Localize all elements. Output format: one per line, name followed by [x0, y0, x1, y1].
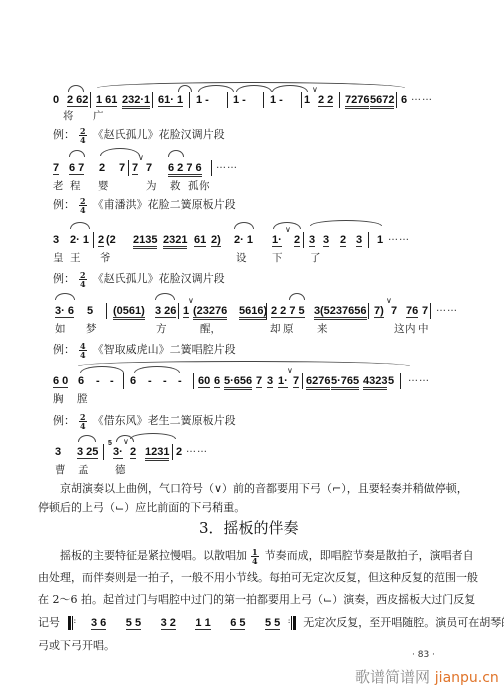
barline: [123, 373, 124, 389]
barline: [178, 303, 179, 319]
time-signature: 44: [79, 342, 87, 359]
breath-mark-icon: ∨: [138, 153, 144, 162]
example-label: 例：: [53, 272, 75, 285]
note: 3: [53, 234, 59, 246]
repeat-note: 5 5: [265, 617, 280, 630]
note: 6 2 7 6: [168, 162, 202, 177]
note: 1·: [278, 375, 288, 388]
note: 7: [391, 305, 397, 317]
example-name: 《智取威虎山》二簧唱腔片段: [93, 343, 236, 356]
example-name: 《借东风》老生二簧原板片段: [93, 414, 236, 427]
note: (0561): [113, 305, 145, 320]
note: 1 -: [270, 94, 283, 106]
repeat-end-icon: :: [288, 616, 296, 630]
note: 1 -: [196, 94, 209, 106]
note: 7: [119, 162, 125, 174]
time-signature: 24: [79, 127, 87, 144]
breath-mark-icon: ∨: [285, 225, 291, 234]
example-label: 例：: [53, 343, 75, 356]
lyric: 老: [53, 178, 64, 193]
lyric: 这: [394, 321, 405, 336]
note: 2: [98, 234, 104, 247]
note: 5616): [239, 305, 267, 320]
example-title: 例：24《赵氏孤儿》花脸汉调片段: [53, 270, 225, 288]
note: 3· 6: [55, 305, 74, 318]
note: 1: [183, 305, 189, 318]
barline: [172, 444, 173, 460]
barline: [339, 92, 340, 108]
lyric: 孟: [78, 462, 89, 477]
barline: [90, 92, 91, 108]
lyric: 如: [55, 321, 66, 336]
barline: [430, 303, 431, 319]
note: 2 62: [67, 94, 88, 107]
note: 6: [401, 94, 407, 106]
lyric: 救: [170, 178, 181, 193]
note: 2 2: [318, 94, 333, 107]
lyric: 胸: [53, 391, 64, 406]
barline: [263, 92, 264, 108]
continuation-dots: ……: [388, 232, 410, 243]
time-signature: 24: [79, 197, 87, 214]
watermark-en: jianpu.cn: [435, 670, 499, 686]
note: 232·1: [122, 94, 150, 109]
note: 3: [267, 375, 273, 388]
note: -: [96, 375, 100, 387]
continuation-dots: ……: [408, 373, 430, 384]
slur: [80, 366, 124, 373]
slur: [68, 85, 84, 92]
example-label: 例：: [53, 128, 75, 141]
note: 1: [304, 94, 310, 106]
note: 76: [406, 305, 418, 318]
breath-mark-icon: ∨: [386, 296, 392, 305]
slur: [236, 85, 272, 92]
slur: [70, 222, 90, 229]
example-label: 例：: [53, 414, 75, 427]
lyric: 为: [146, 178, 157, 193]
note: 5672: [370, 94, 394, 109]
note: 0: [53, 94, 59, 106]
note: 5: [87, 305, 93, 317]
time-signature: 24: [79, 271, 87, 288]
barline: [400, 373, 401, 389]
paragraph-line: 由处理，而伴奏则是一拍子，一般不用小节线。每拍可无定次反复，但这种反复的范围一般: [38, 567, 488, 589]
slur: [155, 293, 175, 300]
lyric: 原: [283, 321, 294, 336]
note: (5237656: [320, 305, 367, 320]
slur: [134, 366, 180, 373]
paragraph-line: 停顿后的上弓（⌙）应比前面的下弓稍重。: [38, 498, 488, 517]
barline: [368, 303, 369, 319]
repeat-note: 1 1: [195, 617, 210, 630]
example-title: 例：24《甫潘洪》花脸二簧原板片段: [53, 196, 236, 214]
example-title: 例：24《赵氏孤儿》花脸汉调片段: [53, 126, 225, 144]
barline: [106, 303, 107, 319]
lyric: 你: [199, 178, 210, 193]
note: 61: [194, 234, 206, 247]
note: -: [163, 375, 167, 387]
paragraph-breath-explanation: 京胡演奏以上曲例，气口符号（∨）前的音都要用下弓（⌐），且要轻奏并稍做停顿， 停…: [38, 479, 488, 517]
note: 7: [256, 375, 262, 388]
lyric: 梦: [86, 321, 97, 336]
continuation-dots: ……: [216, 160, 238, 171]
note: (2: [106, 234, 116, 246]
watermark-cn: 歌谱简谱网: [355, 668, 430, 686]
note: 6: [78, 375, 84, 387]
grace-note: 5: [108, 438, 112, 450]
lyric: 王: [70, 250, 81, 265]
note: -: [148, 375, 152, 387]
barline: [303, 232, 304, 248]
lyric: 将: [63, 108, 74, 123]
note: 2· 1: [234, 234, 253, 246]
note: 3·: [113, 446, 123, 459]
continuation-dots: ……: [436, 303, 458, 314]
note: 2135: [133, 234, 157, 249]
barline: [396, 92, 397, 108]
note: (23276: [193, 305, 227, 320]
slur: [198, 85, 234, 92]
slur: [289, 293, 305, 300]
repeat-note: 3 6: [91, 617, 106, 630]
note: 7276: [345, 94, 369, 109]
slur: [310, 220, 382, 226]
breath-mark-icon: ∨: [312, 85, 318, 94]
repeat-note: 5 5: [126, 617, 141, 630]
note: -: [178, 375, 182, 387]
breath-mark-icon: ∨: [188, 296, 194, 305]
note: 2: [176, 446, 182, 458]
note: 6: [130, 375, 136, 387]
note: 2· 1: [70, 234, 89, 246]
slur: [78, 435, 96, 442]
slur: [272, 85, 308, 92]
note: 5·765: [331, 375, 359, 390]
repeat-start-icon: :: [68, 616, 76, 630]
note: 2 2 7 5: [271, 305, 305, 318]
lyric: 广: [93, 108, 104, 123]
lyric: 下: [272, 250, 283, 265]
barline: [128, 160, 129, 176]
note: 6276: [306, 375, 330, 390]
page-number: · 83 ·: [412, 650, 435, 660]
slur: [130, 433, 176, 439]
lyric: 曹: [55, 462, 66, 477]
repeat-note: 3 2: [161, 617, 176, 630]
slur: [168, 150, 184, 157]
slur: [100, 148, 140, 156]
note: 2: [294, 234, 300, 247]
lyric: 内: [405, 321, 416, 336]
note: 3: [323, 234, 329, 247]
barline: [189, 92, 190, 108]
breath-mark-icon: ∨: [287, 366, 293, 375]
time-signature: 14: [251, 548, 259, 565]
barline: [103, 444, 104, 460]
note: 3: [55, 446, 61, 458]
note: 6 0: [53, 375, 68, 388]
note: 1 -: [233, 94, 246, 106]
paragraph-line: 记号 : 3 6 5 5 3 2 1 1 6 5 5 5 : 无定次反复，至开唱…: [38, 611, 488, 635]
slur: [178, 85, 192, 92]
note: 61· 1: [158, 94, 183, 107]
barline: [368, 232, 369, 248]
score-example-1: 7 6 7 2 7 7 ∨ 7 6 2 7 6 …… 老 程 婴 为 救 孤 你: [0, 148, 504, 192]
note: 3 25: [77, 446, 98, 459]
note: 5: [388, 375, 394, 387]
lyric: 醒，: [200, 321, 221, 336]
barline: [152, 92, 153, 108]
note: 7: [422, 305, 428, 317]
lyric: 皇: [53, 250, 64, 265]
lyric: 婴: [98, 178, 109, 193]
note: 2321: [163, 234, 187, 249]
example-label: 例：: [53, 198, 75, 211]
section-heading: 3．摇板的伴奏: [199, 517, 299, 538]
score-example-5: 3 3 25 5 3· ∨ 2 1231 2 …… 曹 孟 德: [0, 432, 504, 476]
note: 2: [99, 162, 105, 174]
paragraph-line: 在 2～6 拍。起首过门与唱腔中过门的第一拍都要用上弓（⌙）演奏，西皮摇板大过门…: [38, 589, 488, 611]
breath-mark-icon: ∨: [123, 437, 129, 446]
score-example-4: 6 0 6 - - 6 - - - 60 6 5·656 7 3 1· ∨ 7 …: [0, 361, 504, 405]
score-example-2: 3 2· 1 2 (2 2135 2321 61 2) 2· 1 1· ∨ 2 …: [0, 220, 504, 264]
example-title: 例：44《智取威虎山》二簧唱腔片段: [53, 341, 236, 359]
note: 1 61: [96, 94, 117, 107]
barline: [193, 373, 194, 389]
paragraph-line: 摇板的主要特征是紧拉慢唱。以散唱加14节奏而成，即唱腔节奏是散拍子，演唱者自: [38, 545, 488, 567]
paragraph-section-body: 摇板的主要特征是紧拉慢唱。以散唱加14节奏而成，即唱腔节奏是散拍子，演唱者自 由…: [38, 545, 488, 657]
note: 5·656: [224, 375, 252, 390]
note: 1231: [145, 446, 169, 461]
note: 60: [198, 375, 210, 388]
time-signature: 24: [79, 413, 87, 430]
example-name: 《赵氏孤儿》花脸汉调片段: [93, 272, 225, 285]
note: 2: [130, 446, 136, 459]
slur: [78, 361, 410, 366]
lyric: 孤: [188, 178, 199, 193]
note: 7: [293, 375, 299, 388]
note: 3: [309, 234, 315, 247]
example-title: 例：24《借东风》老生二簧原板片段: [53, 412, 236, 430]
score-example-3: 3· 6 5 (0561) 3 26 1 ∨ (23276 5616) 2 2 …: [0, 291, 504, 335]
lyric: 程: [70, 178, 81, 193]
continuation-dots: ……: [186, 444, 208, 455]
note: -: [110, 375, 114, 387]
note: 2: [340, 234, 346, 247]
note: 3: [356, 234, 362, 247]
lyric: 中: [418, 321, 429, 336]
note: 1·: [272, 234, 282, 247]
lyric: 爷: [100, 250, 111, 265]
lyric: 来: [317, 321, 328, 336]
barline: [227, 92, 228, 108]
continuation-dots: ……: [411, 92, 433, 103]
note: 2): [211, 234, 221, 247]
note: 1: [377, 234, 383, 246]
example-name: 《赵氏孤儿》花脸汉调片段: [93, 128, 225, 141]
lyric: 了: [310, 250, 321, 265]
lyric: 设: [236, 250, 247, 265]
repeat-note: 6 5: [230, 617, 245, 630]
note: 6 7: [69, 162, 84, 175]
example-name: 《甫潘洪》花脸二簧原板片段: [93, 198, 236, 211]
barline: [266, 303, 267, 319]
lyric: 膛: [77, 391, 88, 406]
note: 7: [132, 162, 138, 175]
slur: [234, 222, 254, 229]
lyric: 方: [156, 321, 167, 336]
paragraph-line: 京胡演奏以上曲例，气口符号（∨）前的音都要用下弓（⌐），且要轻奏并稍做停顿，: [38, 479, 488, 498]
note: 3 26: [155, 305, 176, 318]
slur: [55, 293, 75, 300]
barline: [211, 160, 212, 176]
barline: [302, 373, 303, 389]
note: 7: [146, 162, 152, 174]
note: 6: [214, 375, 220, 388]
note: 7): [374, 305, 384, 318]
note: 7: [53, 162, 59, 175]
lyric: 却: [270, 321, 281, 336]
barline: [93, 232, 94, 248]
lyric: 德: [115, 462, 126, 477]
slur: [69, 150, 85, 157]
score-line-1: 0 2 62 1 61 232·1 61· 1 1 - 1 - 1 - 1 ∨ …: [0, 80, 504, 120]
watermark: 歌谱简谱网 jianpu.cn: [355, 666, 499, 687]
barline: [301, 92, 302, 108]
note: 4323: [363, 375, 387, 390]
